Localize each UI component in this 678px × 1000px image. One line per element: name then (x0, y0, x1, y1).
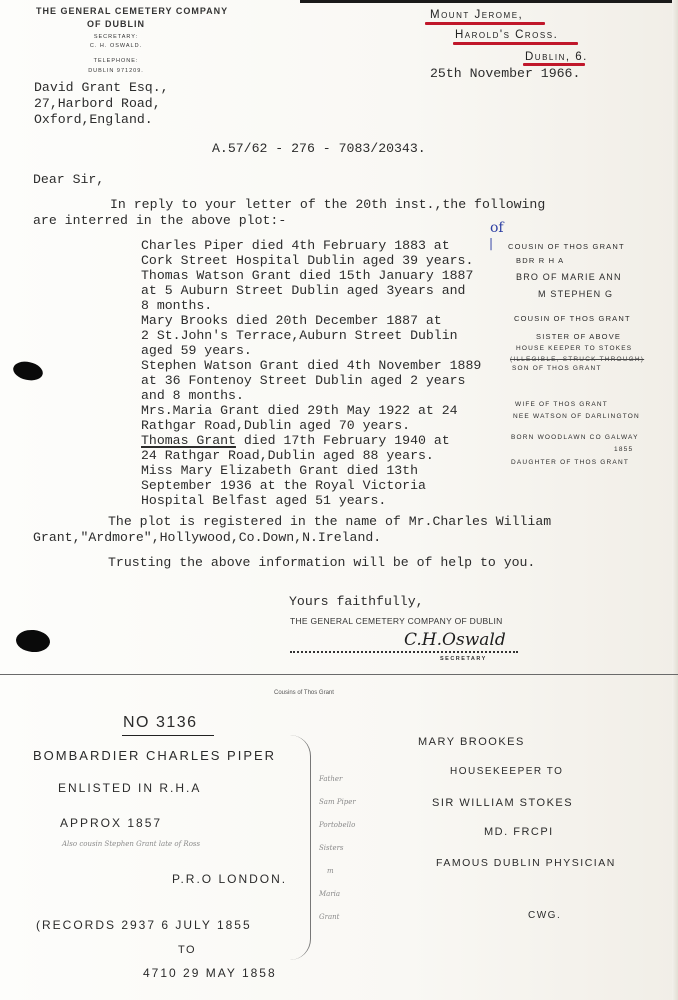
recipient-line2: 27,Harbord Road, (34, 96, 161, 112)
margin-note: Bro of Marie Ann (516, 272, 622, 282)
secretary-name: C. H. OSWALD. (36, 43, 196, 49)
entry-line: Thomas Watson Grant died 15th January 18… (141, 268, 473, 284)
pencil-word: Portobello (319, 814, 359, 837)
curly-brace (290, 735, 311, 960)
fold-separator (0, 674, 678, 675)
right-note-line: Mary Brookes (418, 736, 525, 748)
letter-date: 25th November 1966. (430, 66, 580, 82)
entry-line: 2 St.John's Terrace,Auburn Street Dublin (141, 328, 458, 344)
red-underline (425, 22, 545, 25)
scan-border (300, 0, 678, 3)
valediction: Yours faithfully, (289, 594, 424, 610)
entry-line: Hospital Belfast aged 51 years. (141, 493, 386, 509)
entry-line: Miss Mary Elizabeth Grant died 13th (141, 463, 418, 479)
closing-note: Trusting the above information will be o… (108, 555, 535, 571)
address-line1: Mount Jerome, (430, 9, 523, 21)
reference-number: A.57/62 - 276 - 7083/20343. (212, 141, 426, 157)
address-line3: Dublin, 6. (525, 51, 588, 63)
entry-line: Stephen Watson Grant died 4th November 1… (141, 358, 481, 374)
entry-text: died 17th February 1940 at (244, 433, 450, 448)
signoff-company: THE GENERAL CEMETERY COMPANY OF DUBLIN (290, 616, 503, 626)
pencil-word: Father (319, 768, 359, 791)
note-line3: Approx 1857 (60, 816, 162, 830)
right-note-initials: CWG. (528, 910, 561, 921)
intro-line2: are interred in the above plot:- (33, 213, 286, 229)
entry-line: Rathgar Road,Dublin aged 70 years. (141, 418, 410, 434)
entry-line: Cork Street Hospital Dublin aged 39 year… (141, 253, 473, 269)
recipient-line1: David Grant Esq., (34, 80, 169, 96)
entry-line: Mrs.Maria Grant died 29th May 1922 at 24 (141, 403, 458, 419)
entry-line: at 5 Auburn Street Dublin aged 3years an… (141, 283, 465, 299)
pencil-note: Also cousin Stephen Grant late of Ross (62, 840, 200, 848)
blue-tick: | (489, 236, 493, 250)
number-underline (122, 735, 214, 736)
entry-line: and 8 months. (141, 388, 244, 404)
ink-blot (15, 629, 51, 654)
right-note-line: Famous Dublin Physician (436, 857, 616, 869)
telephone-number: DUBLIN 971209. (36, 68, 196, 74)
pencil-word: Sam Piper (319, 791, 359, 814)
right-note-line: MD. FRCPI (484, 826, 554, 838)
note-line2: Enlisted in R.H.A (58, 781, 201, 795)
ink-blot (11, 359, 44, 383)
intro-line1: In reply to your letter of the 20th inst… (110, 197, 545, 213)
margin-note: Born Woodlawn Co Galway (511, 434, 639, 441)
margin-note: Wife of Thos Grant (515, 401, 608, 408)
pencil-word: m (319, 860, 359, 883)
note-line4: P.R.O London. (172, 872, 287, 886)
salutation: Dear Sir, (33, 172, 104, 188)
entry-line: 8 months. (141, 298, 212, 314)
letterhead-company-line2: OF DUBLIN (36, 19, 196, 29)
entry-line: Charles Piper died 4th February 1883 at (141, 238, 450, 254)
margin-note: Son of Thos Grant (512, 365, 602, 372)
scanned-letter: THE GENERAL CEMETERY COMPANY OF DUBLIN S… (0, 0, 678, 1000)
entry-line: 24 Rathgar Road,Dublin aged 88 years. (141, 448, 434, 464)
signoff-title: SECRETARY (440, 656, 487, 662)
registration-line1: The plot is registered in the name of Mr… (108, 514, 551, 530)
underlined-name: Thomas Grant (141, 433, 236, 448)
margin-note: 1855 (614, 446, 633, 453)
note-line1: Bombardier Charles Piper (33, 748, 276, 763)
telephone-label: TELEPHONE: (36, 58, 196, 64)
right-note-line: Sir William Stokes (432, 797, 573, 809)
blue-annotation: of (490, 220, 504, 236)
pencil-word: Sisters (319, 837, 359, 860)
margin-note: Sister of above (536, 332, 621, 341)
pencil-word: Maria (319, 883, 359, 906)
registration-line2: Grant,"Ardmore",Hollywood,Co.Down,N.Irel… (33, 530, 381, 546)
margin-note-struck: (illegible, struck through) (510, 356, 644, 363)
letterhead-company-line1: THE GENERAL CEMETERY COMPANY (36, 6, 196, 16)
signature: C.H.Oswald (404, 630, 506, 650)
secretary-label: SECRETARY: (36, 34, 196, 40)
margin-note: Cousin of Thos Grant (514, 314, 631, 323)
pencil-word: Grant (319, 906, 359, 929)
margin-note: Bdr R H A (516, 256, 564, 265)
pencil-brace-notes: Father Sam Piper Portobello Sisters m Ma… (319, 768, 359, 929)
page-edge-shadow (672, 0, 678, 1000)
records-end: 4710 29 May 1858 (143, 966, 277, 980)
margin-note: Cousin of Thos Grant (508, 242, 625, 251)
margin-note: Daughter of Thos Grant (511, 459, 629, 466)
entry-line: Thomas Grant died 17th February 1940 at (141, 433, 450, 449)
red-underline (453, 42, 578, 45)
margin-note: House keeper to Stokes (516, 345, 632, 352)
address-line2: Harold's Cross. (455, 29, 558, 41)
note-number: No 3136 (123, 714, 198, 732)
entry-line: aged 59 years. (141, 343, 252, 359)
margin-note: m Stephen G (538, 289, 613, 299)
entry-line: Mary Brooks died 20th December 1887 at (141, 313, 442, 329)
signature-line (290, 651, 518, 653)
records-to: To (178, 944, 196, 956)
entry-line: September 1936 at the Royal Victoria (141, 478, 426, 494)
records-line: (Records 2937 6 July 1855 (36, 918, 252, 932)
margin-note: nee Watson of Darlington (513, 413, 640, 420)
right-note-line: Housekeeper to (450, 766, 563, 777)
entry-line: at 36 Fontenoy Street Dublin aged 2 year… (141, 373, 465, 389)
recipient-line3: Oxford,England. (34, 112, 153, 128)
pencil-header: Cousins of Thos Grant (274, 690, 334, 696)
